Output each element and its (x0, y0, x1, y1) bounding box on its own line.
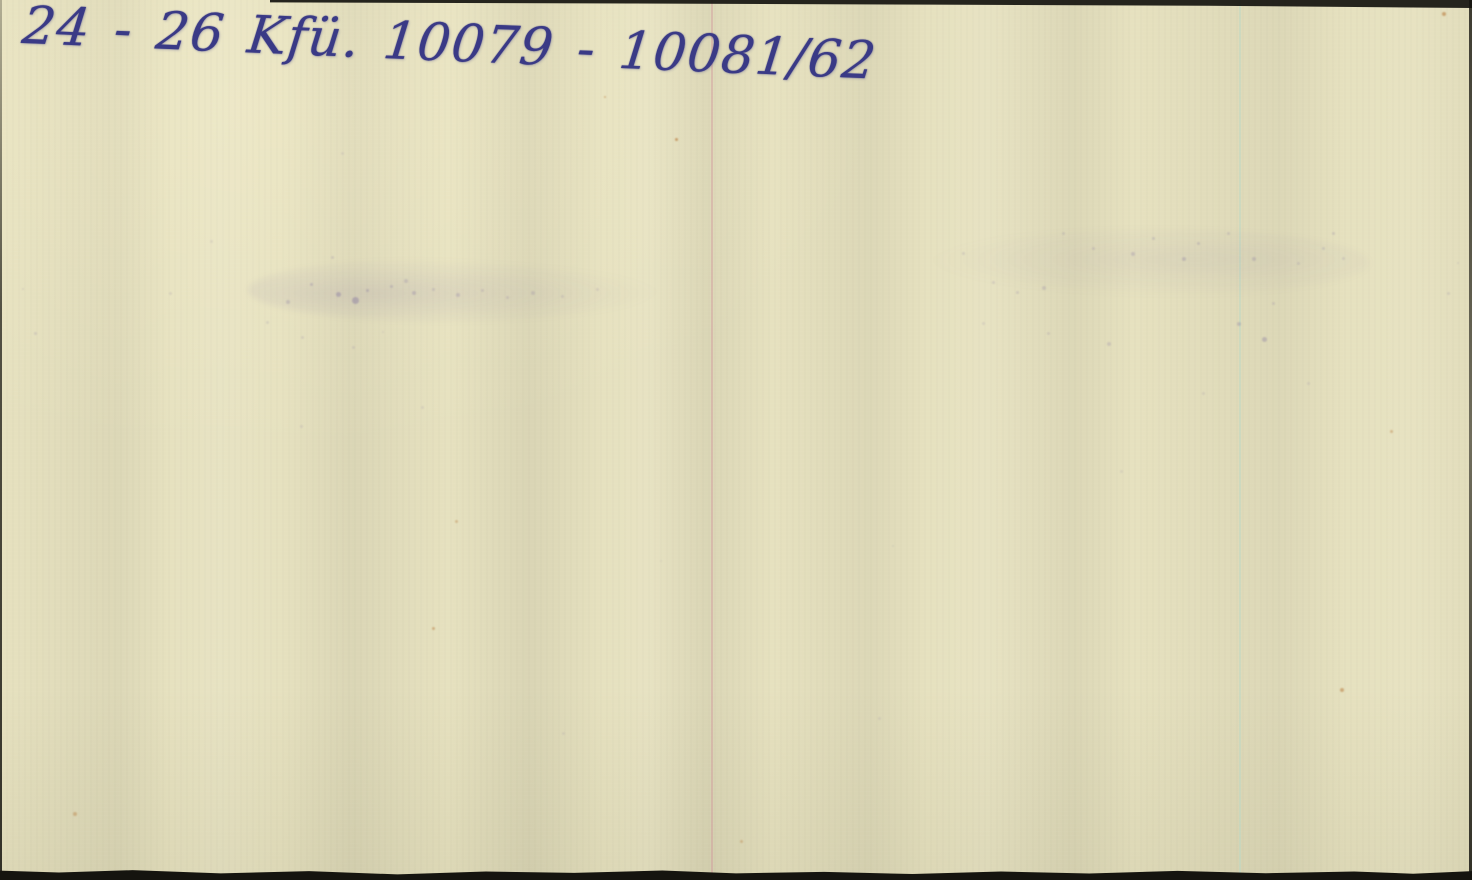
ink-speck (1107, 342, 1111, 346)
ink-speck (412, 291, 416, 295)
ink-speck (210, 240, 213, 243)
ink-speck (300, 425, 303, 428)
ink-speck (352, 346, 355, 349)
ink-speck (892, 545, 894, 547)
ink-speck (1152, 237, 1155, 240)
ink-speck (1252, 257, 1256, 261)
ink-speck (1042, 286, 1046, 290)
ink-speck (169, 292, 172, 295)
ink-speck (432, 288, 435, 291)
foxing-speck (740, 840, 743, 843)
ink-speck (336, 292, 341, 297)
ink-speck (562, 732, 565, 735)
ink-speck (1342, 257, 1345, 260)
ink-speck (1447, 292, 1450, 295)
ink-speck (301, 336, 304, 339)
ink-speck (456, 293, 460, 297)
ink-speck (506, 296, 509, 299)
card-edge-left (0, 0, 2, 880)
ink-speck (286, 300, 290, 304)
ink-speck (22, 288, 24, 290)
ink-speck (1062, 232, 1065, 235)
ink-speck (1092, 247, 1095, 250)
ink-speck (531, 291, 535, 295)
ink-speck (982, 322, 985, 325)
ink-speck (962, 252, 965, 255)
ink-speck (1016, 291, 1019, 294)
foxing-speck (604, 96, 606, 98)
ink-speck (1182, 257, 1186, 261)
ink-speck (352, 297, 359, 304)
vertical-scan-line (1239, 0, 1241, 880)
ink-speck (34, 332, 37, 335)
vertical-crease-line (711, 0, 713, 880)
ink-speck (1237, 322, 1241, 326)
ink-speck (1202, 392, 1205, 395)
ink-speck (1227, 232, 1230, 235)
foxing-speck (73, 812, 77, 816)
ink-speck (404, 279, 408, 283)
foxing-speck (455, 520, 458, 523)
ink-speck (366, 289, 369, 292)
ink-speck (660, 560, 662, 562)
ink-speck (390, 285, 393, 288)
ink-speck (596, 288, 599, 291)
ink-speck (1272, 302, 1275, 305)
foxing-speck (1442, 12, 1446, 16)
ink-speck (992, 281, 995, 284)
ink-speck (1131, 252, 1135, 256)
ink-speck (878, 717, 881, 720)
ink-speck (1322, 247, 1325, 250)
ink-speck (1047, 332, 1050, 335)
ink-speck (1297, 262, 1300, 265)
ink-speck (1307, 382, 1310, 385)
ink-bleed-smudge (930, 228, 1370, 298)
ink-speck (382, 331, 384, 333)
paper-grain-texture (0, 0, 1472, 880)
ink-speck (331, 256, 334, 259)
foxing-speck (1390, 430, 1393, 433)
ink-speck (1457, 262, 1459, 264)
ink-speck (266, 321, 269, 324)
ink-speck (341, 152, 344, 155)
ink-speck (310, 283, 313, 286)
archive-card: 24 - 26 Kfü. 10079 - 10081/62 (0, 0, 1472, 880)
scan-background: 24 - 26 Kfü. 10079 - 10081/62 (0, 0, 1472, 880)
ink-speck (1262, 337, 1267, 342)
foxing-speck (1340, 688, 1344, 692)
foxing-speck (432, 627, 435, 630)
ink-speck (1332, 232, 1335, 235)
ink-speck (561, 295, 564, 298)
ink-speck (481, 289, 484, 292)
ink-speck (1197, 242, 1200, 245)
ink-speck (1120, 470, 1123, 473)
ink-speck (421, 406, 424, 409)
foxing-speck (675, 138, 678, 141)
